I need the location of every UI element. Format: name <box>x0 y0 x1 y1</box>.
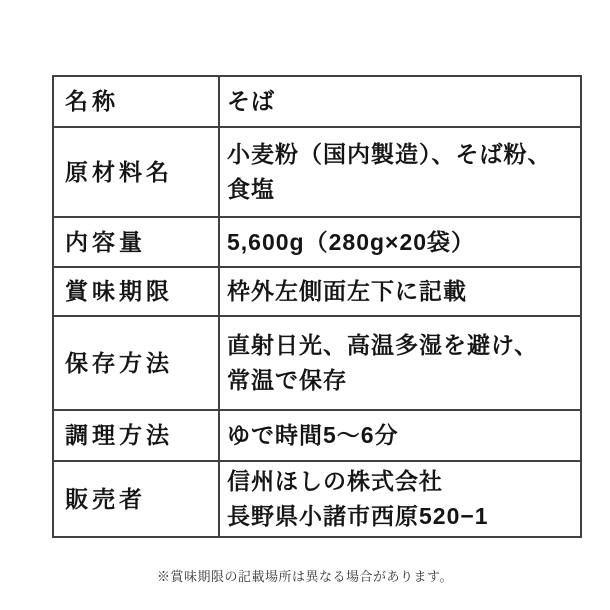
row-value-line: 直射日光、高温多湿を避け、 <box>227 328 578 363</box>
row-value: 直射日光、高温多湿を避け、 常温で保存 <box>219 316 581 410</box>
table-row-seller: 販売者 信州ほしの株式会社 長野県小諸市西原520−1 <box>53 461 581 537</box>
row-label: 調理方法 <box>53 410 219 461</box>
table-row-cooking: 調理方法 ゆで時間5～6分 <box>53 410 581 461</box>
row-value: 信州ほしの株式会社 長野県小諸市西原520−1 <box>219 461 581 537</box>
table-row-best-before: 賞味期限 枠外左側面左下に記載 <box>53 267 581 316</box>
footnote-text: ※賞味期限の記載場所は異なる場合があります。 <box>0 567 610 586</box>
row-label-text: 調理方法 <box>65 418 216 453</box>
row-label-text: 賞味期限 <box>65 274 216 309</box>
row-label: 内容量 <box>53 217 219 267</box>
row-label-text: 原材料名 <box>65 155 216 190</box>
row-label-text: 保存方法 <box>65 346 216 381</box>
row-value-line: 信州ほしの株式会社 <box>227 464 578 499</box>
row-value-line: 常温で保存 <box>227 363 578 398</box>
row-label: 原材料名 <box>53 127 219 217</box>
row-value-line: 長野県小諸市西原520−1 <box>227 499 578 534</box>
row-value: そば <box>219 76 581 127</box>
row-value: 5,600g（280g×20袋） <box>219 217 581 267</box>
table-row-net-content: 内容量 5,600g（280g×20袋） <box>53 217 581 267</box>
table-row-storage: 保存方法 直射日光、高温多湿を避け、 常温で保存 <box>53 316 581 410</box>
row-label: 賞味期限 <box>53 267 219 316</box>
row-value-line: 5,600g（280g×20袋） <box>227 225 578 260</box>
table-row-ingredients: 原材料名 小麦粉（国内製造）、そば粉、 食塩 <box>53 127 581 217</box>
row-label-text: 名称 <box>65 84 216 119</box>
row-value: 小麦粉（国内製造）、そば粉、 食塩 <box>219 127 581 217</box>
row-value-line: 食塩 <box>227 172 578 207</box>
row-label: 名称 <box>53 76 219 127</box>
row-value-line: 枠外左側面左下に記載 <box>227 274 578 309</box>
spec-table: 名称 そば 原材料名 小麦粉（国内製造）、そば粉、 食塩 内容量 <box>52 75 582 538</box>
row-label: 保存方法 <box>53 316 219 410</box>
row-value-line: 小麦粉（国内製造）、そば粉、 <box>227 137 578 172</box>
table-row-name: 名称 そば <box>53 76 581 127</box>
row-value: 枠外左側面左下に記載 <box>219 267 581 316</box>
row-value-line: そば <box>227 84 578 119</box>
row-value: ゆで時間5～6分 <box>219 410 581 461</box>
row-label: 販売者 <box>53 461 219 537</box>
product-spec-label: 名称 そば 原材料名 小麦粉（国内製造）、そば粉、 食塩 内容量 <box>0 0 610 610</box>
row-label-text: 内容量 <box>65 225 216 260</box>
row-value-line: ゆで時間5～6分 <box>227 418 578 453</box>
row-label-text: 販売者 <box>65 482 216 517</box>
